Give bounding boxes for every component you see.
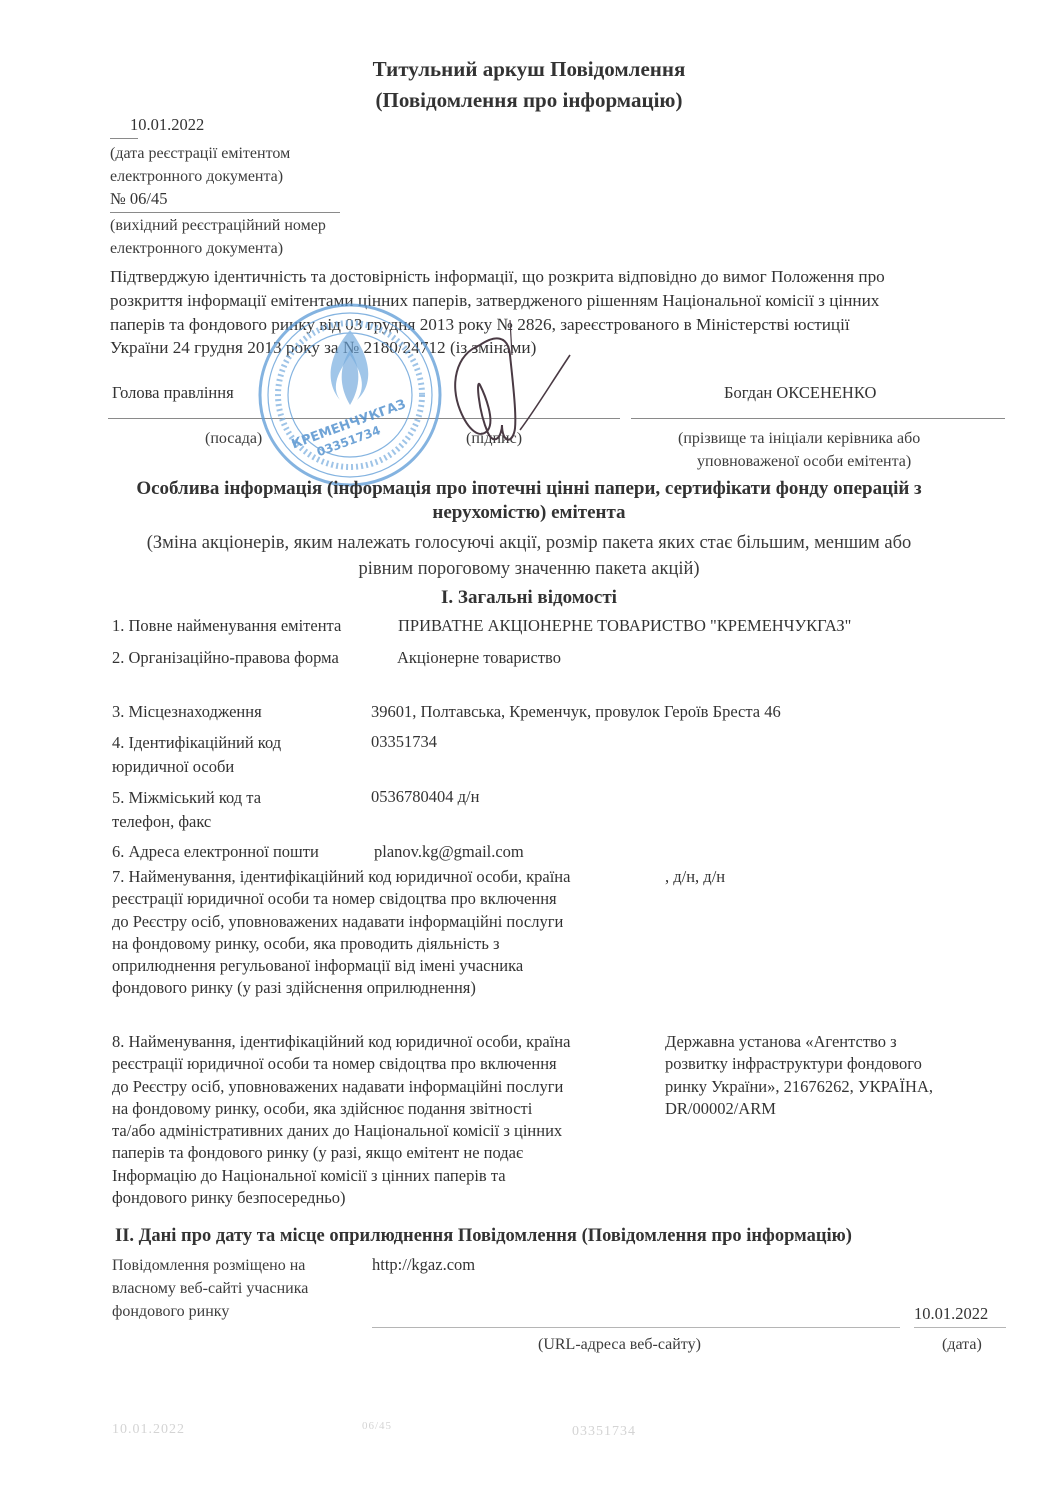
ghost-text-right: 03351734 — [572, 1424, 636, 1440]
item4-label: 4. Ідентифікаційний код юридичної особи — [112, 731, 281, 779]
date-rule — [914, 1327, 1006, 1328]
company-stamp-icon: КРЕМЕНЧУКГАЗ 03351734 — [255, 300, 445, 490]
item7-value: , д/н, д/н — [665, 866, 725, 888]
date-caption: (дата) — [942, 1333, 982, 1356]
section2-label: Повідомлення розміщено на власному веб-с… — [112, 1254, 308, 1323]
item8-value: Державна установа «Агентство з розвитку … — [665, 1031, 933, 1120]
confirmation-line-1: Підтверджую ідентичність та достовірніст… — [110, 266, 885, 288]
confirmation-line-2: розкриття інформації емітентами цінних п… — [110, 290, 879, 312]
name-caption-2: уповноваженої особи емітента) — [697, 450, 911, 473]
registration-date-rule — [110, 138, 138, 139]
item5-value: 0536780404 д/н — [371, 786, 479, 808]
item4-value: 03351734 — [371, 731, 437, 753]
registration-number-rule — [110, 212, 340, 213]
signer-position: Голова правління — [112, 382, 234, 404]
section2-heading: ІІ. Дані про дату та місце оприлюднення … — [115, 1226, 852, 1247]
position-caption: (посада) — [205, 427, 262, 450]
handwritten-signature-icon — [440, 315, 580, 465]
special-info-subtitle-2: рівним пороговому значенню пакета акцій) — [0, 556, 1058, 583]
document-title-line1: Титульний аркуш Повідомлення — [0, 54, 1058, 85]
signer-name: Богдан ОКСЕНЕНКО — [724, 382, 876, 404]
item1-label: 1. Повне найменування емітента — [112, 615, 341, 637]
name-caption-1: (прізвище та ініціали керівника або — [678, 427, 920, 450]
item2-value: Акціонерне товариство — [397, 647, 561, 669]
special-info-subtitle-1: (Зміна акціонерів, яким належать голосую… — [0, 530, 1058, 557]
special-info-title-1: Особлива інформація (інформація про іпот… — [0, 478, 1058, 500]
url-caption: (URL-адреса веб-сайту) — [538, 1333, 701, 1356]
item8-label: 8. Найменування, ідентифікаційний код юр… — [112, 1031, 570, 1209]
registration-number-caption-2: електронного документа) — [110, 237, 283, 260]
item3-label: 3. Місцезнаходження — [112, 701, 262, 723]
item6-value: planov.kg@gmail.com — [374, 841, 524, 863]
section1-heading: І. Загальні відомості — [0, 587, 1058, 609]
item2-label: 2. Організаційно-правова форма — [112, 647, 339, 669]
url-rule — [372, 1327, 900, 1328]
registration-date: 10.01.2022 — [130, 114, 204, 136]
item3-value: 39601, Полтавська, Кременчук, провулок Г… — [371, 701, 781, 723]
registration-date-caption-2: електронного документа) — [110, 165, 283, 188]
section2-url[interactable]: http://kgaz.com — [372, 1254, 475, 1276]
item1-value: ПРИВАТНЕ АКЦІОНЕРНЕ ТОВАРИСТВО "КРЕМЕНЧУ… — [398, 615, 851, 637]
registration-date-caption-1: (дата реєстрації емітентом — [110, 142, 290, 165]
special-info-title-2: нерухомістю) емітента — [0, 502, 1058, 524]
document-title-line2: (Повідомлення про інформацію) — [0, 85, 1058, 116]
item6-label: 6. Адреса електронної пошти — [112, 841, 319, 863]
section2-date: 10.01.2022 — [914, 1303, 988, 1325]
item7-label: 7. Найменування, ідентифікаційний код юр… — [112, 866, 570, 1000]
registration-number-caption-1: (вихідний реєстраційний номер — [110, 214, 326, 237]
registration-number: № 06/45 — [110, 188, 167, 210]
ghost-text-middle: 06/45 — [362, 1420, 392, 1432]
item5-label: 5. Міжміський код та телефон, факс — [112, 786, 261, 834]
ghost-text-left: 10.01.2022 — [112, 1422, 185, 1438]
name-rule — [631, 418, 1005, 419]
